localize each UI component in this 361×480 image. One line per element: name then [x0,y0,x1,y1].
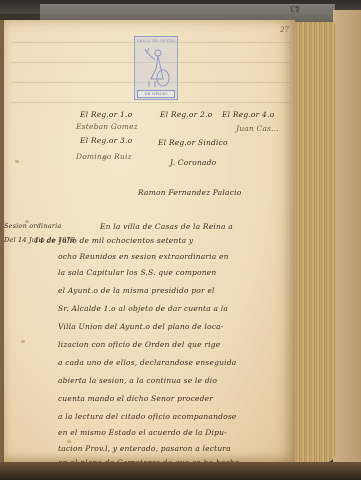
body-line: a la lectura del citado oficio acompanan… [58,412,237,421]
stamp-bottom-text: DE OFICIO [137,90,175,98]
body-line: tacion Prov.l, y enterado, pasaron a lec… [58,444,231,453]
signature-name: Esteban Gomez [76,122,138,131]
signature-title: El Reg.or Sindico [158,138,228,147]
body-line: cuenta mando el dicho Senor proceder [58,394,213,403]
fiscal-stamp: SELLO DE OFICIO DE OFICIO [134,36,178,100]
body-line: abierta la sesion, a la continua se le d… [58,376,217,385]
signature-name: Juan Cas... [236,124,279,133]
body-line: lizacion con oficio de Orden del que rig… [58,340,220,349]
ruled-line [11,102,291,103]
body-line: el Ayunt.o de la misma presidido por el [58,286,215,295]
signature-title: El Reg.or 4.o [222,110,274,119]
paper-stain [21,340,25,343]
page-edges [295,22,335,462]
clip-number: 43 [290,4,300,13]
book-cover [333,10,361,480]
body-line: Villa Union del Ayunt.o del plano de loc… [58,322,224,331]
body-line: 14 de Julio de mil ochocientos setenta y [34,236,193,245]
paper-stain [67,440,71,443]
body-line: En la villa de Casas de la Reina a [100,222,233,231]
signature-name: Domingo Ruiz [76,152,132,161]
body-line: a cada uno de ellos, declarandose ensegu… [58,358,236,367]
signature-title: El Reg.or 2.o [160,110,212,119]
folio-number: 27 [280,26,289,34]
body-line: en el mismo Estado el acuerdo de la Dipu… [58,428,227,437]
body-line: ocho Reunidos en sesion extraordinaria e… [58,252,229,261]
paper-stain [15,160,19,163]
stamp-top-text: SELLO DE OFICIO [135,39,177,43]
body-line: Sr. Alcalde 1.o al objeto de dar cuenta … [58,304,228,313]
body-line: la sala Capitular los S.S. que componen [58,268,216,277]
background-bottom [0,462,361,480]
signature-name: J. Coronado [170,158,216,167]
seated-figure-icon [141,45,171,89]
margin-note-line: Sesion ordinaria [4,222,61,230]
signature-title: El Reg.or 3.o [80,136,132,145]
secretary-signature: Ramon Fernandez Palacio [138,188,241,197]
signature-title: El Reg.or 1.o [80,110,132,119]
